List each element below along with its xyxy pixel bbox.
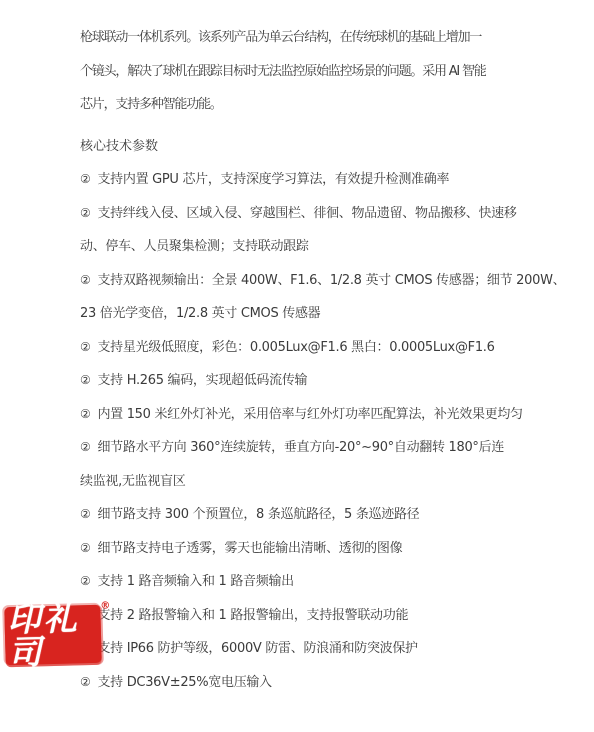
bullet-marker: ② — [80, 565, 90, 599]
stamp-text: 印礼司 — [4, 601, 102, 669]
spec-line: ②支持双路视频输出：全景 400W、F1.6、1/2.8 英寸 CMOS 传感器… — [80, 264, 534, 298]
intro-line: 个镜头，解决了球机在跟踪目标时无法监控原始监控场景的问题。采用 AI 智能 — [80, 55, 534, 89]
spec-line-text: 支持 2 路报警输入和 1 路报警输出，支持报警联动功能 — [97, 608, 408, 623]
spec-line: ②支持 H.265 编码，实现超低码流传输 — [80, 364, 534, 398]
spec-line: ②支持绊线入侵、区域入侵、穿越围栏、徘徊、物品遗留、物品搬移、快速移 — [80, 197, 534, 231]
section-title: 核心技术参数 — [80, 130, 534, 164]
bullet-marker: ② — [80, 431, 90, 465]
spec-line-text: 动、停车、人员聚集检测；支持联动跟踪 — [80, 239, 309, 254]
spec-line-text: 支持双路视频输出：全景 400W、F1.6、1/2.8 英寸 CMOS 传感器；… — [97, 273, 565, 288]
spec-line: ②支持内置 GPU 芯片，支持深度学习算法，有效提升检测准确率 — [80, 163, 534, 197]
spec-line: ②细节路水平方向 360°连续旋转，垂直方向-20°~90°自动翻转 180°后… — [80, 431, 534, 465]
intro-line: 芯片，支持多种智能功能。 — [80, 88, 534, 122]
company-stamp: 印礼司 ® — [4, 605, 101, 665]
spec-line: ②细节路支持电子透雾，雾天也能输出清晰、透彻的图像 — [80, 532, 534, 566]
spec-line-text: 细节路支持电子透雾，雾天也能输出清晰、透彻的图像 — [97, 541, 402, 556]
spec-line-text: 细节路支持 300 个预置位，8 条巡航路径，5 条巡迹路径 — [97, 507, 419, 522]
spec-line: ②支持星光级低照度，彩色：0.005Lux@F1.6 黑白：0.0005Lux@… — [80, 331, 534, 365]
bullet-marker: ② — [80, 532, 90, 566]
spec-line-text: 支持 1 路音频输入和 1 路音频输出 — [97, 574, 293, 589]
bullet-marker: ② — [80, 364, 90, 398]
spec-line-text: 续监视,无监视盲区 — [80, 474, 185, 489]
spec-line: ②内置 150 米红外灯补光，采用倍率与红外灯功率匹配算法，补光效果更均匀 — [80, 398, 534, 432]
spec-line-text: 支持 DC36V±25%宽电压输入 — [97, 675, 271, 690]
spec-line: ②细节路支持 300 个预置位，8 条巡航路径，5 条巡迹路径 — [80, 498, 534, 532]
bullet-marker: ② — [80, 331, 90, 365]
bullet-marker: ② — [80, 498, 90, 532]
spec-line-text: 支持星光级低照度，彩色：0.005Lux@F1.6 黑白：0.0005Lux@F… — [97, 340, 494, 355]
spec-line-text: 细节路水平方向 360°连续旋转，垂直方向-20°~90°自动翻转 180°后连 — [97, 440, 504, 455]
spec-line: 23 倍光学变倍，1/2.8 英寸 CMOS 传感器 — [80, 297, 534, 331]
spec-line: ②支持 DC36V±25%宽电压输入 — [80, 666, 534, 700]
bullet-marker: ② — [80, 163, 90, 197]
registered-trademark-icon: ® — [100, 601, 110, 611]
spec-line: 续监视,无监视盲区 — [80, 465, 534, 499]
spec-list: ②支持内置 GPU 芯片，支持深度学习算法，有效提升检测准确率②支持绊线入侵、区… — [80, 163, 534, 699]
spec-line-text: 支持 IP66 防护等级，6000V 防雷、防浪涌和防突波保护 — [97, 641, 417, 656]
spec-line-text: 支持绊线入侵、区域入侵、穿越围栏、徘徊、物品遗留、物品搬移、快速移 — [97, 206, 516, 221]
document-page: 枪球联动一体机系列。该系列产品为单云台结构，在传统球机的基础上增加一个镜头，解决… — [0, 0, 594, 732]
spec-line-text: 内置 150 米红外灯补光，采用倍率与红外灯功率匹配算法，补光效果更均匀 — [97, 407, 522, 422]
spec-line: ②支持 IP66 防护等级，6000V 防雷、防浪涌和防突波保护 — [80, 632, 534, 666]
intro-line: 枪球联动一体机系列。该系列产品为单云台结构，在传统球机的基础上增加一 — [80, 21, 534, 55]
spec-line: 动、停车、人员聚集检测；支持联动跟踪 — [80, 230, 534, 264]
bullet-marker: ② — [80, 398, 90, 432]
spec-line-text: 支持内置 GPU 芯片，支持深度学习算法，有效提升检测准确率 — [97, 172, 449, 187]
bullet-marker: ② — [80, 264, 90, 298]
bullet-marker: ② — [80, 197, 90, 231]
spec-line-text: 23 倍光学变倍，1/2.8 英寸 CMOS 传感器 — [80, 306, 320, 321]
spec-line: ②支持 2 路报警输入和 1 路报警输出，支持报警联动功能 — [80, 599, 534, 633]
spec-line: ②支持 1 路音频输入和 1 路音频输出 — [80, 565, 534, 599]
document-content: 枪球联动一体机系列。该系列产品为单云台结构，在传统球机的基础上增加一个镜头，解决… — [80, 21, 534, 699]
spec-line-text: 支持 H.265 编码，实现超低码流传输 — [97, 373, 307, 388]
bullet-marker: ② — [80, 666, 90, 700]
intro-paragraph: 枪球联动一体机系列。该系列产品为单云台结构，在传统球机的基础上增加一个镜头，解决… — [80, 21, 534, 122]
